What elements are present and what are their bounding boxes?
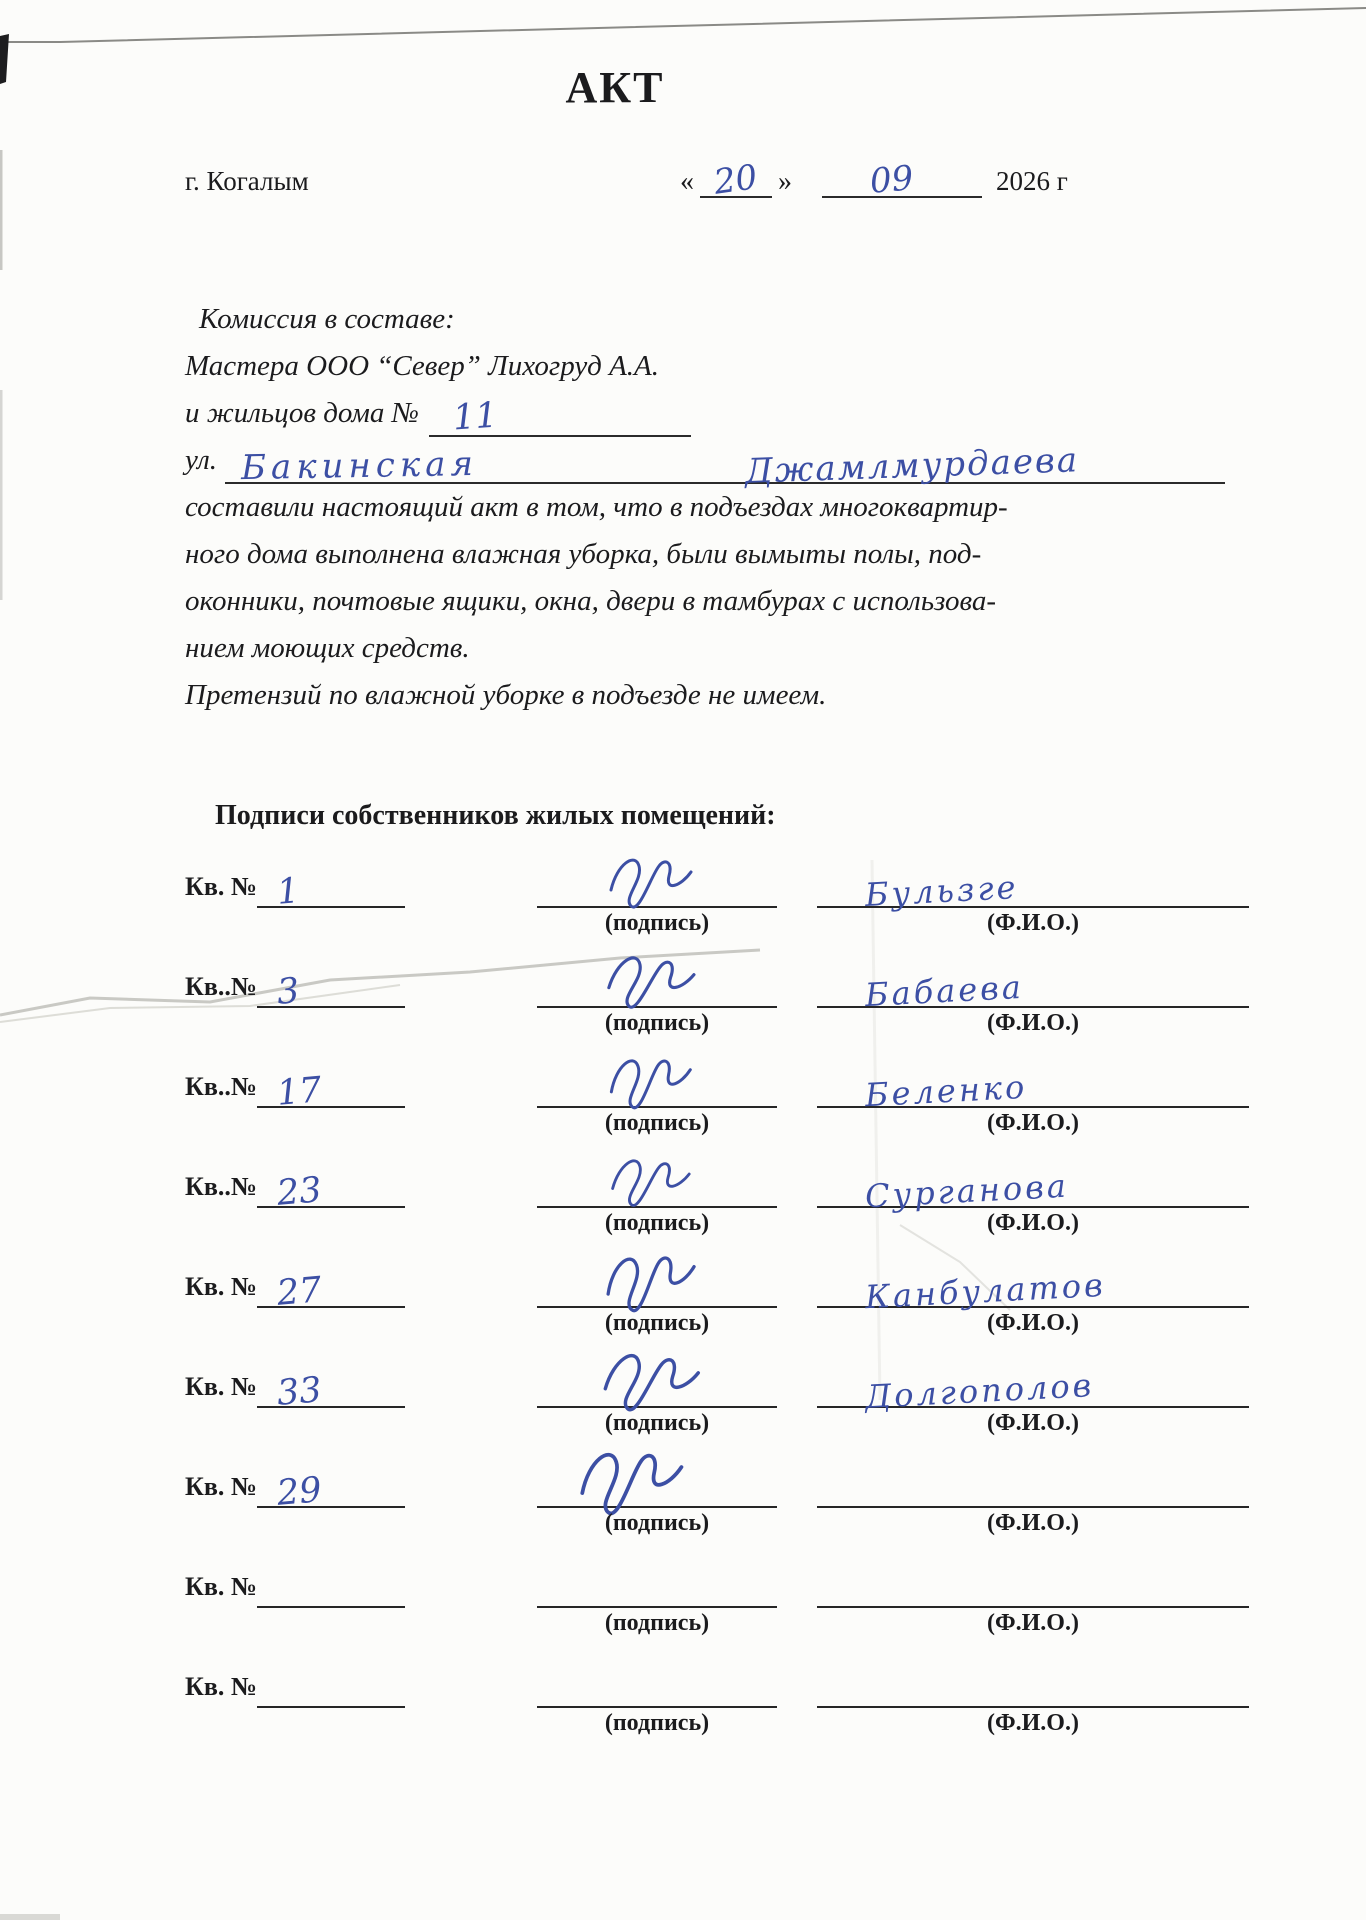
house-number-blank: 11: [429, 399, 691, 437]
fio-blank: [817, 1552, 1249, 1608]
street-line: ул.БакинскаяДжамлмурдаева: [185, 437, 1247, 484]
handwritten-apartment-number: 1: [275, 871, 301, 913]
apartment-number-blank: 27: [257, 1252, 405, 1308]
handwritten-fio: Канбулатов: [864, 1266, 1106, 1317]
signature-row: Кв..№ 23 Сурганова (подпись) (Ф.И.О.): [185, 1152, 1260, 1252]
signature-blank: [537, 1452, 777, 1508]
apartment-label: Кв. №: [185, 1572, 257, 1602]
signature-blank: [537, 1252, 777, 1308]
handwritten-apartment-number: 23: [275, 1170, 323, 1214]
signature-blank: [537, 1352, 777, 1408]
apartment-label: Кв..№: [185, 972, 257, 1002]
fio-caption: (Ф.И.О.): [817, 1510, 1249, 1537]
signature-blank: [537, 1052, 777, 1108]
fio-blank: Бульзге: [817, 852, 1249, 908]
fio-blank: [817, 1652, 1249, 1708]
apartment-label: Кв. №: [185, 1672, 257, 1702]
handwritten-month: 09: [868, 158, 915, 202]
fio-blank: Канбулатов: [817, 1252, 1249, 1308]
fio-caption: (Ф.И.О.): [817, 910, 1249, 937]
apartment-number-blank: 33: [257, 1352, 405, 1408]
fio-caption: (Ф.И.О.): [817, 1710, 1249, 1737]
signature-caption: (подпись): [537, 1010, 777, 1037]
apartment-number-blank: 3: [257, 952, 405, 1008]
fio-caption: (Ф.И.О.): [817, 1210, 1249, 1237]
signature-blank: [537, 1152, 777, 1208]
apartment-label: Кв. №: [185, 1472, 257, 1502]
date-day-blank: 20: [700, 166, 772, 198]
fio-caption: (Ф.И.О.): [817, 1610, 1249, 1637]
signature-caption: (подпись): [537, 1610, 777, 1637]
handwritten-apartment-number: 33: [275, 1370, 323, 1414]
apartment-number-blank: 29: [257, 1452, 405, 1508]
year-label: 2026 г: [996, 166, 1068, 196]
document-title: АКТ: [0, 62, 1230, 113]
signature-blank: [537, 1552, 777, 1608]
date-month-blank: 09: [822, 166, 982, 198]
handwritten-fio: Бабаева: [864, 968, 1025, 1014]
street-line-label: ул.: [185, 444, 217, 476]
signature-row: Кв. № 29 (подпись) (Ф.И.О.): [185, 1452, 1260, 1552]
fio-caption: (Ф.И.О.): [817, 1010, 1249, 1037]
house-line: и жильцов дома №11: [185, 390, 1247, 437]
handwritten-fio: Бульзге: [864, 868, 1019, 914]
signature-caption: (подпись): [537, 1310, 777, 1337]
signatures-heading: Подписи собственников жилых помещений:: [215, 800, 776, 832]
fio-blank: [817, 1452, 1249, 1508]
apartment-label: Кв. №: [185, 1272, 257, 1302]
city-label: г. Когалым: [185, 166, 309, 197]
fio-blank: Сурганова: [817, 1152, 1249, 1208]
document-content: АКТ г. Когалым «20»092026 г Комиссия в с…: [0, 0, 1366, 1920]
signature-caption: (подпись): [537, 1710, 777, 1737]
paragraph-line-4: нием моющих средств.: [185, 625, 1247, 672]
signature-caption: (подпись): [537, 910, 777, 937]
apartment-number-blank: [257, 1552, 405, 1608]
handwritten-apartment-number: 17: [275, 1070, 323, 1114]
apartment-label: Кв..№: [185, 1072, 257, 1102]
handwritten-house-number: 11: [451, 393, 499, 443]
signature-caption: (подпись): [537, 1210, 777, 1237]
apartment-label: Кв..№: [185, 1172, 257, 1202]
apartment-label: Кв. №: [185, 1372, 257, 1402]
paragraph-line-1: составили настоящий акт в том, что в под…: [185, 484, 1247, 531]
apartment-number-blank: 23: [257, 1152, 405, 1208]
signature-row: Кв. № (подпись) (Ф.И.О.): [185, 1552, 1260, 1652]
fio-caption: (Ф.И.О.): [817, 1110, 1249, 1137]
street-blank: БакинскаяДжамлмурдаева: [225, 446, 1225, 484]
apartment-number-blank: [257, 1652, 405, 1708]
signature-rows: Кв. № 1 Бульзге (подпись) (Ф.И.О.) Кв..№…: [185, 852, 1260, 1752]
signature-caption: (подпись): [537, 1110, 777, 1137]
open-quote: «: [680, 166, 694, 197]
house-line-label: и жильцов дома №: [185, 397, 419, 429]
signature-caption: (подпись): [537, 1510, 777, 1537]
fio-caption: (Ф.И.О.): [817, 1410, 1249, 1437]
paragraph-line-2: ного дома выполнена влажная уборка, были…: [185, 531, 1247, 578]
paragraph-line-3: оконники, почтовые ящики, окна, двери в …: [185, 578, 1247, 625]
apartment-label: Кв. №: [185, 872, 257, 902]
signature-blank: [537, 952, 777, 1008]
close-quote: »: [778, 166, 792, 197]
signature-row: Кв. № 33 Долгополов (подпись) (Ф.И.О.): [185, 1352, 1260, 1452]
signature-blank: [537, 1652, 777, 1708]
handwritten-fio: Беленко: [864, 1068, 1028, 1114]
handwritten-apartment-number: 29: [275, 1470, 323, 1514]
signature-row: Кв..№ 17 Беленко (подпись) (Ф.И.О.): [185, 1052, 1260, 1152]
handwritten-fio: Долгополов: [864, 1366, 1095, 1416]
scanned-act-document: АКТ г. Когалым «20»092026 г Комиссия в с…: [0, 0, 1366, 1920]
commission-line-1: Комиссия в составе:: [185, 296, 1247, 343]
fio-blank: Долгополов: [817, 1352, 1249, 1408]
handwritten-day: 20: [711, 157, 759, 203]
apartment-number-blank: 1: [257, 852, 405, 908]
signature-row: Кв. № (подпись) (Ф.И.О.): [185, 1652, 1260, 1752]
signature-row: Кв. № 1 Бульзге (подпись) (Ф.И.О.): [185, 852, 1260, 952]
body-text: Комиссия в составе: Мастера ООО “Север” …: [185, 296, 1247, 719]
fio-blank: Беленко: [817, 1052, 1249, 1108]
claims-line: Претензий по влажной уборке в подъезде н…: [185, 672, 1247, 719]
apartment-number-blank: 17: [257, 1052, 405, 1108]
handwritten-street-name: Бакинская: [241, 441, 479, 492]
signature-row: Кв. № 27 Канбулатов (подпись) (Ф.И.О.): [185, 1252, 1260, 1352]
signature-row: Кв..№ 3 Бабаева (подпись) (Ф.И.О.): [185, 952, 1260, 1052]
date-line: «20»092026 г: [680, 166, 1068, 198]
handwritten-fio: Сурганова: [864, 1167, 1070, 1216]
commission-line-2: Мастера ООО “Север” Лихогруд А.А.: [185, 343, 1247, 390]
signature-blank: [537, 852, 777, 908]
fio-blank: Бабаева: [817, 952, 1249, 1008]
handwritten-apartment-number: 3: [275, 971, 301, 1013]
handwritten-apartment-number: 27: [275, 1270, 323, 1314]
fio-caption: (Ф.И.О.): [817, 1310, 1249, 1337]
